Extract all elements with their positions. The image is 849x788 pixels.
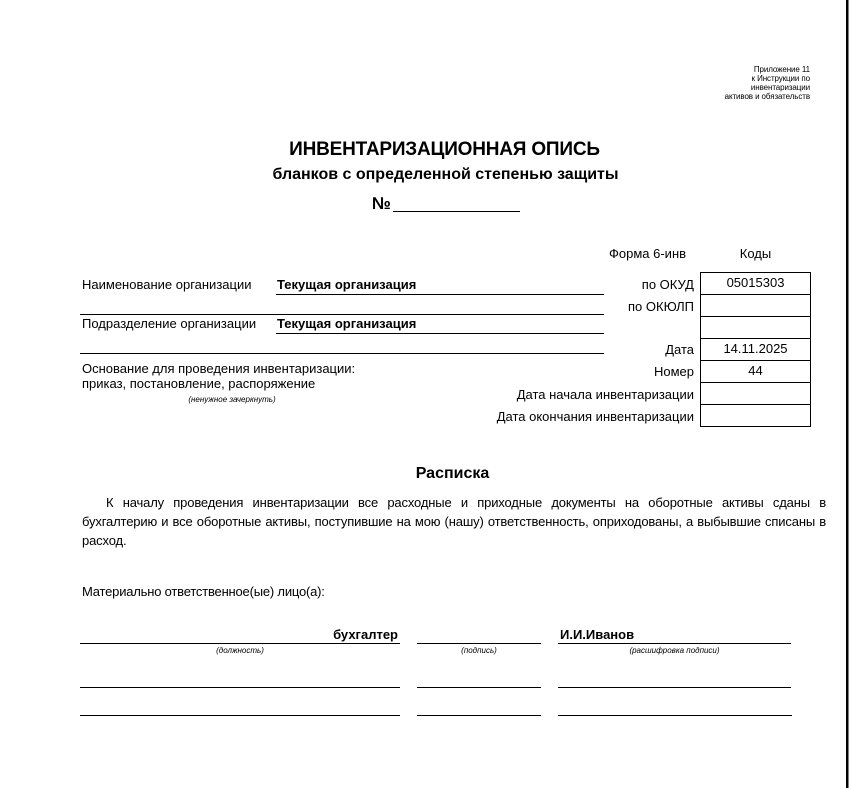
position-line[interactable] <box>80 687 400 688</box>
document-subtitle: бланков с определенной степенью защиты <box>0 166 849 184</box>
position-value[interactable]: бухгалтер <box>80 627 398 642</box>
code-start-date-cell[interactable] <box>701 383 811 405</box>
document-number-field[interactable] <box>393 211 520 212</box>
name-line[interactable] <box>558 687 791 688</box>
basis-line-1: Основание для проведения инвентаризации: <box>82 361 355 376</box>
basis-block: Основание для проведения инвентаризации:… <box>82 361 355 391</box>
separator-line <box>80 314 604 315</box>
appendix-line: инвентаризации <box>610 83 810 92</box>
appendix-line: активов и обязательств <box>610 92 810 101</box>
division-label: Подразделение организации <box>82 316 256 331</box>
organization-name-label: Наименование организации <box>82 277 251 292</box>
code-label-end-date: Дата окончания инвентаризации <box>497 409 694 424</box>
appendix-note: Приложение 11 к Инструкции по инвентариз… <box>610 65 810 101</box>
form-label: Форма 6-инв <box>609 246 686 261</box>
name-line <box>558 643 791 644</box>
responsible-persons-label: Материально ответственное(ые) лицо(а): <box>82 584 325 599</box>
name-hint: (расшифровка подписи) <box>558 646 791 655</box>
appendix-line: Приложение 11 <box>610 65 810 74</box>
receipt-title: Расписка <box>0 465 849 483</box>
code-label-okud: по ОКУД <box>642 277 694 292</box>
document-title: ИНВЕНТАРИЗАЦИОННАЯ ОПИСЬ <box>0 139 849 161</box>
code-label-okulp: по ОКЮЛП <box>628 299 694 314</box>
code-label-start-date: Дата начала инвентаризации <box>517 387 694 402</box>
separator-line <box>80 353 604 354</box>
code-number-cell[interactable]: 44 <box>701 361 811 383</box>
signature-hint: (подпись) <box>417 646 541 655</box>
basis-hint: (ненужное зачеркнуть) <box>82 395 382 404</box>
codes-header: Коды <box>700 246 811 261</box>
organization-name-line <box>276 294 604 295</box>
name-line[interactable] <box>558 715 792 716</box>
code-end-date-cell[interactable] <box>701 405 811 427</box>
receipt-text: К началу проведения инвентаризации все р… <box>82 493 826 550</box>
codes-table: 05015303 14.11.2025 44 <box>700 272 811 427</box>
code-label-date: Дата <box>665 342 694 357</box>
signature-line[interactable] <box>417 643 541 644</box>
basis-line-2: приказ, постановление, распоряжение <box>82 376 355 391</box>
position-line[interactable] <box>80 715 400 716</box>
code-okulp-cell[interactable] <box>701 295 811 317</box>
name-value[interactable]: И.И.Иванов <box>560 627 634 642</box>
code-label-number: Номер <box>654 364 694 379</box>
document-number-label: № <box>372 194 391 214</box>
code-blank-cell[interactable] <box>701 317 811 339</box>
signature-line[interactable] <box>417 715 541 716</box>
signature-line[interactable] <box>417 687 541 688</box>
code-okud-cell[interactable]: 05015303 <box>701 273 811 295</box>
position-hint: (должность) <box>80 646 400 655</box>
division-value[interactable]: Текущая организация <box>277 316 416 331</box>
division-line <box>276 333 604 334</box>
position-line <box>80 643 400 644</box>
appendix-line: к Инструкции по <box>610 74 810 83</box>
code-date-cell[interactable]: 14.11.2025 <box>701 339 811 361</box>
organization-name-value[interactable]: Текущая организация <box>277 277 416 292</box>
